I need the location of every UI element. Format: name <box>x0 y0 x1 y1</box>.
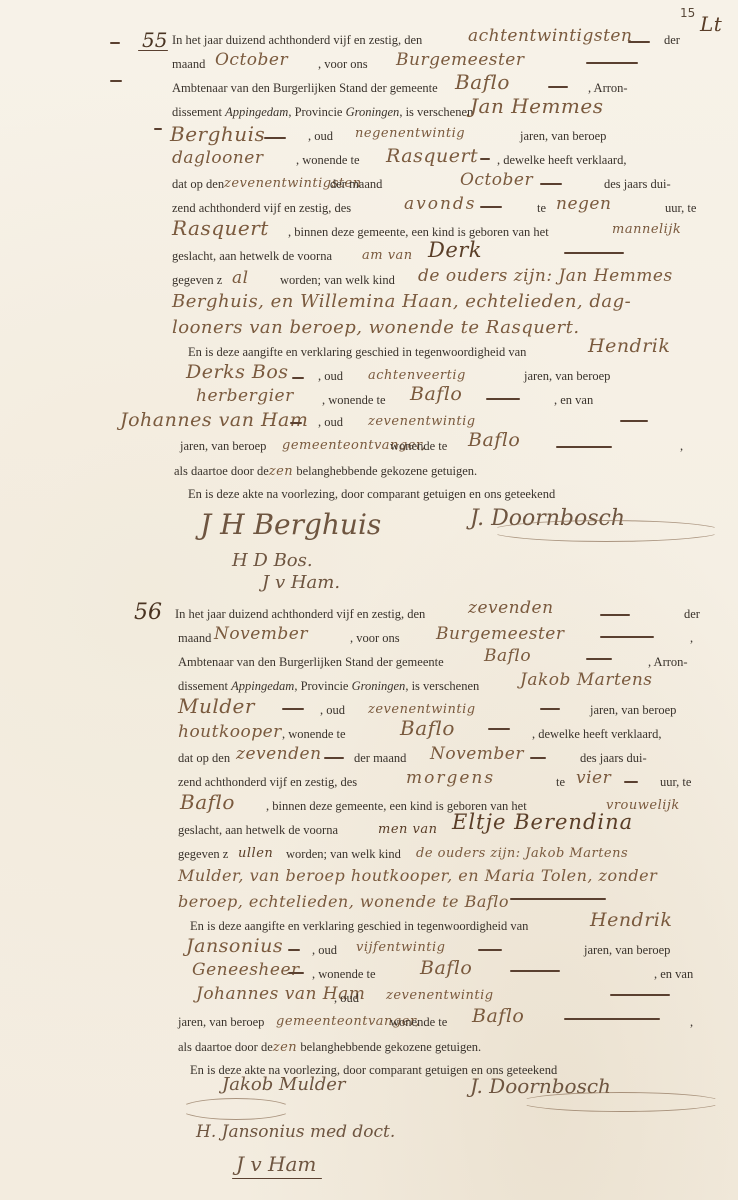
printed-line: jaren, van beroep <box>590 702 676 718</box>
printed-line: dat op den <box>178 750 230 766</box>
hw-witness2-residence: Baflo <box>472 1006 524 1026</box>
printed-line: dat op den <box>172 176 224 192</box>
hw-declarant-first: Jan Hemmes <box>470 96 604 116</box>
hw-witness2-age: zevenentwintig <box>386 986 494 1006</box>
filler-dash <box>564 252 624 254</box>
hw-month: October <box>215 50 288 70</box>
hw-time-of-day: morgens <box>406 768 495 788</box>
printed-line: uur, te <box>665 200 696 216</box>
printed-line: geslacht, aan hetwelk de voorna <box>172 248 332 264</box>
filler-dash <box>264 137 286 139</box>
act-number-underline <box>138 50 168 51</box>
filler-dash <box>586 658 612 660</box>
printed-line: zend achthonderd vijf en zestig, des <box>172 200 351 216</box>
printed-line: , wonende te <box>282 726 346 742</box>
printed-line: der maand <box>354 750 406 766</box>
printed-line: , wonende te <box>312 966 376 982</box>
hw-day: zevenden <box>468 598 554 618</box>
printed-line: , wonende te <box>322 392 386 408</box>
hw-declarant-first: Jakob Martens <box>520 670 653 690</box>
signature-witness2: J v Ham <box>236 1152 316 1176</box>
printed-line: worden; van welk kind <box>286 846 401 862</box>
filler-dash <box>290 422 302 424</box>
printed-line: En is deze akte na voorlezing, door comp… <box>188 486 555 502</box>
hw-birth-day: zevenden <box>236 744 322 764</box>
printed-line: der <box>684 606 700 622</box>
signature-witness2: J v Ham. <box>262 572 340 593</box>
signature-declarant: Jakob Mulder <box>222 1074 346 1095</box>
printed-line: te <box>537 200 546 216</box>
hw-parents-line: de ouders zijn: Jan Hemmes <box>418 266 673 286</box>
printed-line: worden; van welk kind <box>280 272 395 288</box>
hw-declarant-last: Berghuis <box>170 124 265 144</box>
hw-birth-place: Rasquert <box>172 218 269 238</box>
filler-dash <box>486 398 520 400</box>
filler-dash <box>510 898 606 900</box>
printed-line: , oud <box>318 414 343 430</box>
printed-line: , oud <box>320 702 345 718</box>
printed-line: , en van <box>554 392 593 408</box>
hw-municipality: Baflo <box>455 72 510 92</box>
filler-dash <box>324 757 344 759</box>
signature-flourish <box>520 1092 722 1112</box>
hw-witness1-last: Jansonius <box>186 936 283 956</box>
signature-flourish <box>490 520 722 542</box>
printed-line: jaren, van beroep <box>584 942 670 958</box>
printed-line: , wonende te <box>296 152 360 168</box>
printed-line: In het jaar duizend achthonderd vijf en … <box>172 32 422 48</box>
printed-line: wonende te <box>390 438 447 454</box>
printed-line: gegeven z <box>172 272 222 288</box>
filler-dash <box>556 446 612 448</box>
hw-day: achtentwintigsten <box>468 26 632 46</box>
hw-residence: Rasquert <box>386 146 478 166</box>
printed-line: Ambtenaar van den Burgerlijken Stand der… <box>178 654 444 670</box>
hw-declarant-last: Mulder <box>178 696 255 716</box>
signature-declarant: J H Berghuis <box>200 508 381 541</box>
filler-dash <box>288 949 300 951</box>
hw-parents-line: beroep, echtelieden, wonende te Baflo <box>178 892 509 912</box>
filler-dash <box>530 757 546 759</box>
hw-birth-month: November <box>430 744 524 764</box>
printed-line: geslacht, aan hetwelk de voorna <box>178 822 338 838</box>
hw-official: Burgemeester <box>396 50 525 70</box>
printed-line: zend achthonderd vijf en zestig, des <box>178 774 357 790</box>
filler-dash <box>292 377 304 379</box>
hw-witness1-age: vijfentwintig <box>356 938 446 958</box>
hw-child-name: Eltje Berendina <box>452 812 633 832</box>
printed-line: als daartoe door dezen belanghebbende ge… <box>174 462 477 482</box>
printed-line: des jaars dui- <box>604 176 671 192</box>
hw-witness2-age: zevenentwintig <box>368 412 476 432</box>
folio-number: 15 <box>680 6 695 20</box>
printed-line: der <box>664 32 680 48</box>
hw-witness1-residence: Baflo <box>420 958 472 978</box>
hw-witness1-first: Hendrik <box>588 336 670 356</box>
filler-dash <box>620 420 648 422</box>
filler-dash <box>488 728 510 730</box>
folio-mark: Lt <box>700 14 722 34</box>
filler-dash <box>610 994 670 996</box>
filler-dash <box>282 708 304 710</box>
hw-name-suffix: am van <box>362 246 413 266</box>
hw-witness2-name: Johannes van Ham <box>120 410 308 430</box>
hw-name-suffix: men van <box>378 820 438 840</box>
filler-dash <box>628 41 650 43</box>
hw-occupation: houtkooper <box>178 722 282 742</box>
signature-witness1: H D Bos. <box>232 550 313 571</box>
filler-dash <box>586 62 638 64</box>
printed-line: , Arron- <box>648 654 688 670</box>
hw-official: Burgemeester <box>436 624 565 644</box>
filler-dash <box>548 86 568 88</box>
printed-line: , en van <box>654 966 693 982</box>
printed-line: , dewelke heeft verklaard, <box>532 726 661 742</box>
printed-line: , dewelke heeft verklaard, <box>497 152 626 168</box>
printed-line: wonende te <box>390 1014 447 1030</box>
filler-dash <box>540 183 562 185</box>
act-number: 56 <box>134 600 162 625</box>
printed-line: , <box>690 1014 693 1030</box>
filler-dash <box>288 972 304 974</box>
printed-line: dissement Appingedam, Provincie Groninge… <box>178 678 479 694</box>
hw-parents-line: Mulder, van beroep houtkooper, en Maria … <box>178 866 657 886</box>
printed-line: , oud <box>318 368 343 384</box>
act-number: 55 <box>142 28 167 52</box>
printed-line: , oud <box>308 128 333 144</box>
printed-line: als daartoe door dezen belanghebbende ge… <box>178 1038 481 1058</box>
hw-witness1-first: Hendrik <box>590 910 672 930</box>
hw-hour: vier <box>576 768 611 788</box>
hw-sex: mannelijk <box>612 220 681 240</box>
hw-witness1-last: Derks Bos <box>186 362 289 382</box>
printed-line: maand <box>172 56 205 72</box>
hw-witness2-residence: Baflo <box>468 430 520 450</box>
printed-line: jaren, van beroep <box>520 128 606 144</box>
filler-dash <box>480 158 490 160</box>
margin-mark <box>110 42 120 44</box>
printed-line: , voor ons <box>350 630 400 646</box>
hw-child-name: Derk <box>428 240 482 260</box>
hw-residence: Baflo <box>400 718 455 738</box>
signature-flourish <box>180 1098 292 1120</box>
hw-birth-month: October <box>460 170 533 190</box>
filler-dash <box>478 949 502 951</box>
hw-hour: negen <box>556 194 611 214</box>
filler-dash <box>510 970 560 972</box>
printed-line: , oud <box>312 942 337 958</box>
printed-line: jaren, van beroep <box>180 438 266 454</box>
signature-underline <box>232 1178 322 1179</box>
printed-line: , <box>680 438 683 454</box>
register-page: 15 Lt 55 In het jaar duizend achthonderd… <box>0 0 738 1200</box>
filler-dash <box>600 636 654 638</box>
filler-dash <box>540 708 560 710</box>
margin-mark <box>154 128 162 130</box>
printed-line: In het jaar duizend achthonderd vijf en … <box>175 606 425 622</box>
hw-verb-suffix: al <box>232 268 249 288</box>
printed-line: , binnen deze gemeente, een kind is gebo… <box>288 224 549 240</box>
margin-mark <box>110 80 122 82</box>
hw-declarant-age: negenentwintig <box>355 124 465 144</box>
filler-dash <box>480 206 502 208</box>
hw-time-of-day: avonds <box>404 194 477 214</box>
printed-line: te <box>556 774 565 790</box>
hw-municipality: Baflo <box>484 646 531 666</box>
printed-line: , voor ons <box>318 56 368 72</box>
hw-witness1-occupation: Geneesheer <box>192 960 300 980</box>
hw-birth-place: Baflo <box>180 792 235 812</box>
printed-line: dissement Appingedam, Provincie Groninge… <box>172 104 473 120</box>
filler-dash <box>624 781 638 783</box>
hw-witness1-residence: Baflo <box>410 384 462 404</box>
printed-line: maand <box>178 630 211 646</box>
hw-parents-line: de ouders zijn: Jakob Martens <box>416 844 628 864</box>
printed-line: der maand <box>330 176 382 192</box>
printed-line: gegeven z <box>178 846 228 862</box>
hw-verb-suffix: ullen <box>238 844 273 864</box>
signature-witness1: H. Jansonius med doct. <box>196 1122 395 1142</box>
filler-dash <box>564 1018 660 1020</box>
printed-line: En is deze aangifte en verklaring geschi… <box>188 344 526 360</box>
printed-line: jaren, van beroep <box>178 1014 264 1030</box>
printed-line: des jaars dui- <box>580 750 647 766</box>
hw-parents-line: looners van beroep, wonende te Rasquert. <box>172 318 580 338</box>
hw-witness1-occupation: herbergier <box>196 386 294 406</box>
printed-line: jaren, van beroep <box>524 368 610 384</box>
printed-line: uur, te <box>660 774 691 790</box>
hw-month: November <box>214 624 308 644</box>
printed-line: En is deze aangifte en verklaring geschi… <box>190 918 528 934</box>
printed-line: , oud <box>334 990 359 1006</box>
hw-occupation: daglooner <box>172 148 263 168</box>
printed-line: , <box>690 630 693 646</box>
filler-dash <box>600 614 630 616</box>
hw-parents-line: Berghuis, en Willemina Haan, echtelieden… <box>172 292 631 312</box>
printed-line: Ambtenaar van den Burgerlijken Stand der… <box>172 80 438 96</box>
